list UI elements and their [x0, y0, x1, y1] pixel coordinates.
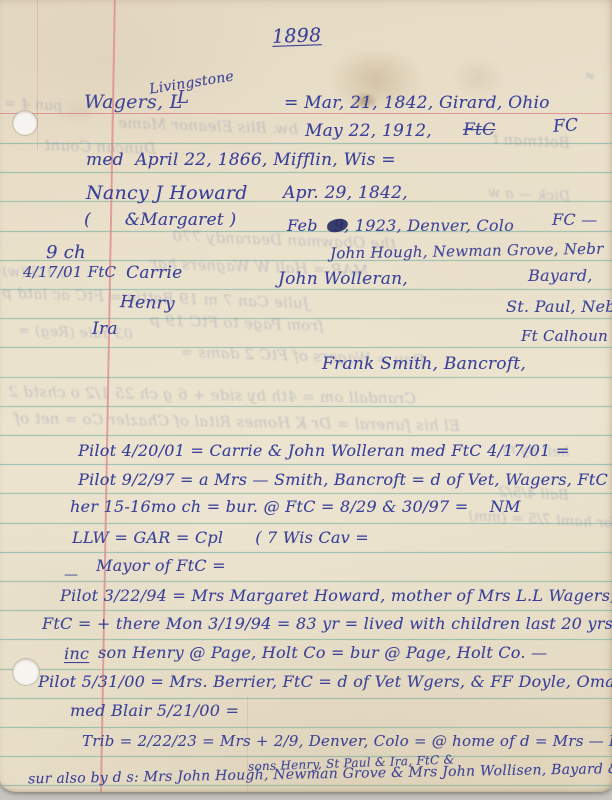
ghost-bleedthrough: from Page to FtC 19 p — [150, 312, 324, 335]
ghost-bleedthrough: pun 4 = — [4, 96, 63, 114]
note-pilot-1901: Pilot 4/20/01 = Carrie & John Wolleran m… — [78, 442, 570, 460]
rule-line — [0, 727, 612, 728]
spouse-name: Nancy J Howard — [86, 183, 248, 204]
ghost-bleedthrough: Crandall om = 4th by side + 6 g ch 25 1/… — [8, 383, 416, 407]
rule-line — [0, 669, 612, 670]
spouse-death: Feb 9, 1923, Denver, Colo — [287, 217, 514, 235]
residence-ft-calhoun: Ft Calhoun — [521, 328, 608, 345]
ghost-bleedthrough: El his funeral = Dr K Homes Rital of Cha… — [14, 410, 460, 434]
rule-line — [0, 377, 612, 378]
note-mayor: Mayor of FtC = — [96, 557, 226, 575]
spouse-alt-name: ( &Margaret ) — [84, 211, 236, 230]
notebook-page: pun 4 =≠bw. Blis Eleanor MameDuncan Coun… — [0, 0, 612, 792]
surname-line: Wagers, L — [84, 92, 182, 113]
note-gar: LLW = GAR = Cpl ( 7 Wis Cav = — [72, 529, 369, 547]
child-carrie: Carrie — [126, 264, 182, 283]
rule-line — [0, 435, 612, 436]
marriage-line: med April 22, 1866, Mifflin, Wis = — [86, 151, 396, 170]
surname-initial: L — [177, 88, 189, 108]
ghost-bleedthrough: bw. Blis Eleanor Mame — [118, 115, 299, 138]
death-place-struck: FtC — [463, 121, 495, 140]
note-pilot-1897: Pilot 9/2/97 = a Mrs — Smith, Bancroft =… — [78, 471, 612, 489]
residence-st-paul: St. Paul, Nebr — [506, 298, 612, 316]
rule-line — [0, 464, 612, 465]
red-head-line — [0, 113, 612, 114]
informant-hough: John Hough, Newman Grove, Nebr — [330, 241, 604, 262]
margin-date: 4/17/01 FtC — [23, 264, 116, 281]
paper-crease — [37, 0, 38, 150]
spouse-birth: Apr. 29, 1842, — [283, 184, 408, 203]
note-dash: — — [64, 568, 78, 583]
year-heading: 1898 — [272, 25, 322, 48]
spouse-death-note: FC — — [552, 211, 597, 229]
residence-bayard: Bayard, — [528, 267, 593, 285]
note-inc: inc — [64, 645, 89, 663]
rule-line — [0, 172, 612, 173]
punch-hole — [13, 111, 37, 135]
note-burial: her 15-16mo ch = bur. @ FtC = 8/29 & 30/… — [70, 498, 521, 516]
punch-hole — [13, 659, 39, 685]
children-count: 9 ch — [46, 243, 86, 263]
child-henry: Henry — [120, 293, 175, 314]
informant-smith: Frank Smith, Bancroft, — [322, 355, 526, 374]
rule-line — [0, 610, 612, 611]
note-pilot-1894: Pilot 3/22/94 = Mrs Margaret Howard, mot… — [60, 587, 612, 605]
rule-line — [0, 581, 612, 582]
death-line: May 22, 1912, — [305, 122, 432, 141]
note-death-1894: FtC = + there Mon 3/19/94 = 83 yr = live… — [42, 615, 612, 633]
birth-line: = Mar, 21, 1842, Girard, Ohio — [284, 94, 550, 113]
note-son-henry: son Henry @ Page, Holt Co = bur @ Page, … — [98, 644, 547, 662]
note-survivors: sur also by d s: Mrs John Hough, Newman … — [28, 762, 612, 788]
ghost-bleedthrough: ≠ — [584, 70, 595, 84]
paper-stain — [452, 58, 504, 98]
note-pilot-1900: Pilot 5/31/00 = Mrs. Berrier, FtC = d of… — [38, 673, 612, 691]
ghost-bleedthrough: Dick — a w — [488, 186, 571, 206]
child-ira: Ira — [92, 320, 118, 339]
note-marriage-blair: med Blair 5/21/00 = — [70, 702, 239, 720]
note-tribune-1923: Trib = 2/22/23 = Mrs + 2/9, Denver, Colo… — [82, 733, 612, 750]
rule-line — [0, 406, 612, 407]
rule-line — [0, 552, 612, 553]
child-carrie-spouse: John Wolleran, — [278, 270, 408, 289]
rule-line — [0, 639, 612, 640]
death-place-note: FC — [552, 116, 579, 136]
rule-line — [0, 698, 612, 699]
